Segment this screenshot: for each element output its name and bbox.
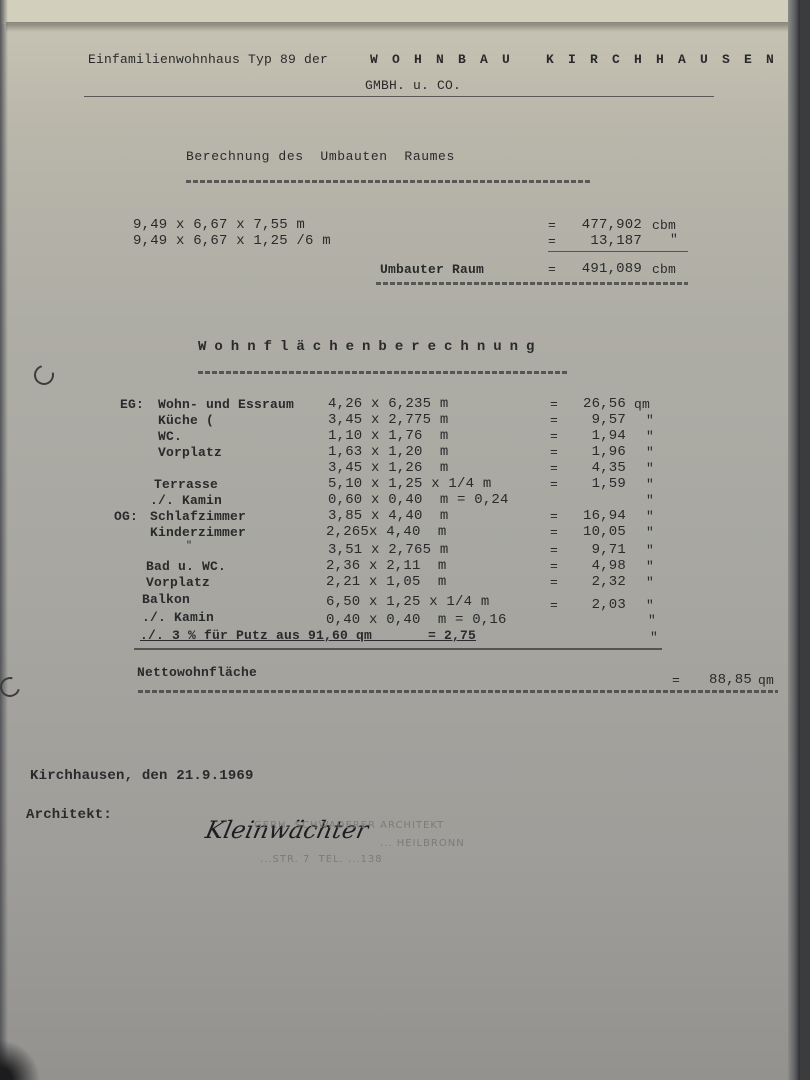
- corner-shadow: [0, 1040, 40, 1080]
- header-company: W O H N B A U K I R C H H A U S E N: [370, 52, 777, 67]
- volume-total-underline: [376, 282, 688, 285]
- volume-unit: cbm: [652, 218, 676, 233]
- room-dimensions: 5,10 x 1,25 x 1/4 m: [328, 477, 491, 492]
- room-ditto: ": [186, 539, 192, 554]
- room-name: ./. Kamin: [142, 610, 214, 625]
- sum-rule: [548, 251, 688, 252]
- ditto-mark: ": [648, 613, 656, 628]
- volume-formula: 9,49 x 6,67 x 7,55 m: [133, 218, 305, 233]
- equals-sign: =: [550, 413, 558, 428]
- header-rule: [84, 96, 714, 97]
- area-unit: qm: [634, 397, 650, 412]
- room-name: ./. Kamin: [150, 493, 222, 508]
- net-area-underline: [138, 690, 778, 693]
- room-area: 2,03: [570, 598, 626, 613]
- ditto-mark: ": [646, 598, 654, 613]
- room-name: Bad u. WC.: [146, 559, 226, 574]
- room-name: Küche (: [158, 413, 214, 428]
- equals-sign: =: [550, 543, 558, 558]
- equals-sign: =: [550, 575, 558, 590]
- punch-hole-icon: [30, 361, 57, 388]
- ditto-mark: ": [646, 413, 654, 428]
- ditto-mark: ": [646, 445, 654, 460]
- floor-label: EG:: [120, 397, 144, 412]
- room-name: WC.: [158, 429, 182, 444]
- equals-sign: =: [550, 559, 558, 574]
- document-page: Einfamilienwohnhaus Typ 89 der W O H N B…: [0, 0, 800, 1080]
- room-name: Terrasse: [154, 477, 218, 492]
- equals-sign: =: [550, 429, 558, 444]
- equals-sign: =: [550, 461, 558, 476]
- ditto-mark: ": [646, 461, 654, 476]
- equals-sign: =: [672, 673, 680, 688]
- paper-right-edge: [788, 0, 800, 1080]
- room-dimensions: 6,50 x 1,25 x 1/4 m: [326, 595, 489, 610]
- net-area-label: Nettowohnfläche: [137, 665, 257, 680]
- equals-sign: =: [550, 397, 558, 412]
- ditto-mark: ": [646, 493, 654, 508]
- room-name: Vorplatz: [146, 575, 210, 590]
- room-dimensions: 1,10 x 1,76 m: [328, 429, 448, 444]
- volume-value: 13,187: [570, 234, 642, 249]
- floor-label: OG:: [114, 509, 138, 524]
- architect-stamp-line3: ...STR. 7 TEL. ...138: [260, 854, 383, 865]
- room-area: 4,35: [570, 461, 626, 476]
- equals-sign: =: [550, 477, 558, 492]
- room-area: 1,96: [570, 445, 626, 460]
- equals-sign: =: [548, 218, 556, 233]
- net-area-unit: qm: [758, 673, 774, 688]
- room-dimensions: 3,51 x 2,765 m: [328, 543, 448, 558]
- place-date: Kirchhausen, den 21.9.1969: [30, 769, 254, 784]
- room-dimensions: 3,45 x 1,26 m: [328, 461, 448, 476]
- net-area-value: 88,85: [690, 673, 752, 688]
- volume-title: Berechnung des Umbauten Raumes: [186, 149, 455, 164]
- room-area: 1,59: [570, 477, 626, 492]
- ditto-mark: ": [646, 559, 654, 574]
- volume-value: 477,902: [570, 218, 642, 233]
- room-area: 26,56: [570, 397, 626, 412]
- room-area: 9,71: [570, 543, 626, 558]
- ditto-mark: ": [646, 429, 654, 444]
- volume-title-underline: [186, 180, 590, 183]
- equals-sign: =: [548, 234, 556, 249]
- volume-total-unit: cbm: [652, 262, 676, 277]
- volume-unit: ": [670, 232, 678, 247]
- room-dimensions: 2,36 x 2,11 m: [326, 559, 446, 574]
- architect-label: Architekt:: [26, 808, 112, 823]
- architect-stamp-line1: GERH. SCHWADERER ARCHITEKT: [254, 820, 444, 831]
- area-title-underline: [198, 371, 568, 374]
- volume-total-label: Umbauter Raum: [380, 262, 484, 277]
- equals-sign: =: [550, 509, 558, 524]
- area-title: Wohnflächenberechnung: [198, 340, 542, 355]
- paper-left-edge: [0, 0, 8, 1080]
- room-area: 2,32: [570, 575, 626, 590]
- room-area: 4,98: [570, 559, 626, 574]
- room-area: 10,05: [570, 525, 626, 540]
- room-dimensions: 1,63 x 1,20 m: [328, 445, 448, 460]
- room-dimensions: 0,60 x 0,40 m = 0,24: [328, 493, 509, 508]
- room-dimensions: 2,21 x 1,05 m: [326, 575, 446, 590]
- ditto-mark: ": [650, 630, 658, 645]
- equals-sign: =: [550, 598, 558, 613]
- room-area: 16,94: [570, 509, 626, 524]
- room-name: Wohn- und Essraum: [158, 397, 294, 412]
- room-area: 9,57: [570, 413, 626, 428]
- room-name: Vorplatz: [158, 445, 222, 460]
- room-dimensions: 4,26 x 6,235 m: [328, 397, 448, 412]
- ditto-mark: ": [646, 575, 654, 590]
- room-name: Schlafzimmer: [150, 509, 246, 524]
- ditto-mark: ": [646, 509, 654, 524]
- ditto-mark: ": [646, 543, 654, 558]
- header-company-form: GMBH. u. CO.: [365, 78, 461, 93]
- room-name: Kinderzimmer: [150, 525, 246, 540]
- sum-rule: [134, 648, 662, 650]
- room-dimensions: 0,40 x 0,40 m = 0,16: [326, 613, 507, 628]
- header-project: Einfamilienwohnhaus Typ 89 der: [88, 52, 328, 67]
- volume-formula: 9,49 x 6,67 x 1,25 /6 m: [133, 234, 331, 249]
- paper-fold-shadow: [6, 22, 794, 32]
- equals-sign: =: [548, 262, 556, 277]
- ditto-mark: ": [646, 525, 654, 540]
- room-dimensions: 3,45 x 2,775 m: [328, 413, 448, 428]
- room-dimensions: 2,265x 4,40 m: [326, 525, 446, 540]
- architect-stamp-line2: ... HEILBRONN: [380, 838, 465, 849]
- room-dimensions: 3,85 x 4,40 m: [328, 509, 448, 524]
- volume-total-value: 491,089: [570, 262, 642, 277]
- plaster-deduction: ./. 3 % für Putz aus 91,60 qm = 2,75: [140, 628, 476, 643]
- ditto-mark: ": [646, 477, 654, 492]
- equals-sign: =: [550, 445, 558, 460]
- room-name: Balkon: [142, 592, 190, 607]
- equals-sign: =: [550, 525, 558, 540]
- room-area: 1,94: [570, 429, 626, 444]
